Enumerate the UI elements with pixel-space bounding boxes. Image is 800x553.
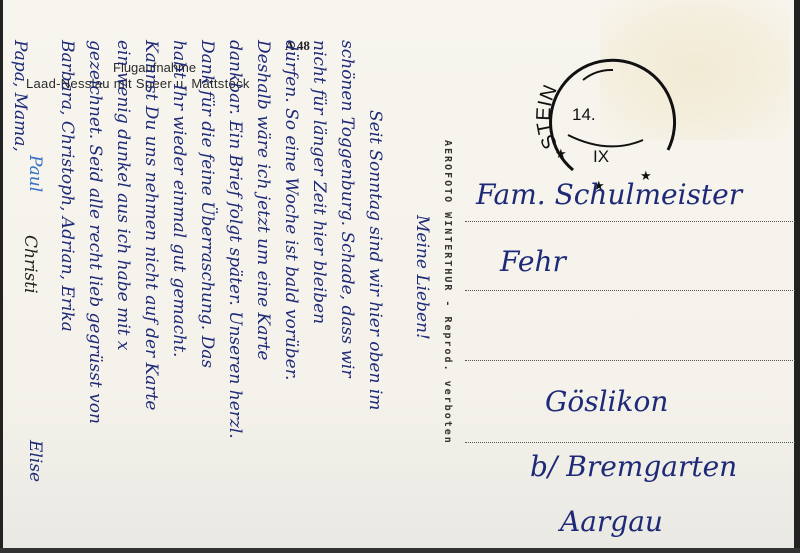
message-line: habt Ihr wieder einmal gut gemacht. [169, 40, 189, 357]
message-line: dürfen. So eine Woche ist bald vorüber. [281, 40, 301, 380]
message-line: Seit Sonntag sind wir hier oben im [365, 110, 385, 410]
card-edge-right [794, 0, 800, 553]
message-line: nicht für länger Zeit hier bleiben [309, 40, 329, 324]
message-line: gezeichnet. Seid alle recht lieb gegrüss… [85, 40, 105, 424]
signature-christi: Christi [20, 235, 40, 294]
address-village: Göslikon [545, 385, 668, 418]
message-line: Dank für die feine Überraschung. Das [197, 40, 217, 368]
signature-parents: Papa, Mama, [10, 40, 30, 152]
address-line-2 [465, 290, 795, 291]
address-recipient: Fam. Schulmeister [476, 178, 742, 211]
address-line-3 [465, 360, 795, 361]
message-line: ein wenig dunkel aus ich habe mit x [113, 40, 133, 350]
address-name: Fehr [500, 245, 566, 278]
postmark-date: 14. [572, 105, 596, 124]
signature-line: Barbara, Christoph, Adrian, Erika [57, 40, 77, 332]
postmark-month: IX [593, 147, 609, 166]
address-town: b/ Bremgarten [530, 450, 737, 483]
address-line-4 [465, 442, 795, 443]
postcard-back: A 48 Flugaufnahme Laad-Nesslau mit Speer… [0, 0, 800, 553]
svg-text:★: ★ [555, 146, 567, 161]
address-canton: Aargau [560, 505, 663, 538]
message-line: Kannst Du uns nehmen nicht auf der Karte [141, 40, 161, 410]
svg-text:STEIN: STEIN [533, 82, 562, 152]
address-line-1 [465, 221, 795, 222]
postmark-stamp-icon: STEIN 14. IX ★ ★ ★ [528, 40, 678, 190]
handwritten-message: Meine Lieben! Seit Sonntag sind wir hier… [0, 0, 440, 553]
message-salutation: Meine Lieben! [412, 215, 432, 340]
message-line: schönen Toggenburg. Schade, dass wir [337, 40, 357, 377]
message-line: dankbar. Ein Brief folgt später. Unseren… [225, 40, 245, 439]
signature-elise: Elise [25, 440, 45, 482]
signature-paul: Paul [25, 155, 45, 192]
message-line: Deshalb wäre ich jetzt um eine Karte [253, 40, 273, 360]
